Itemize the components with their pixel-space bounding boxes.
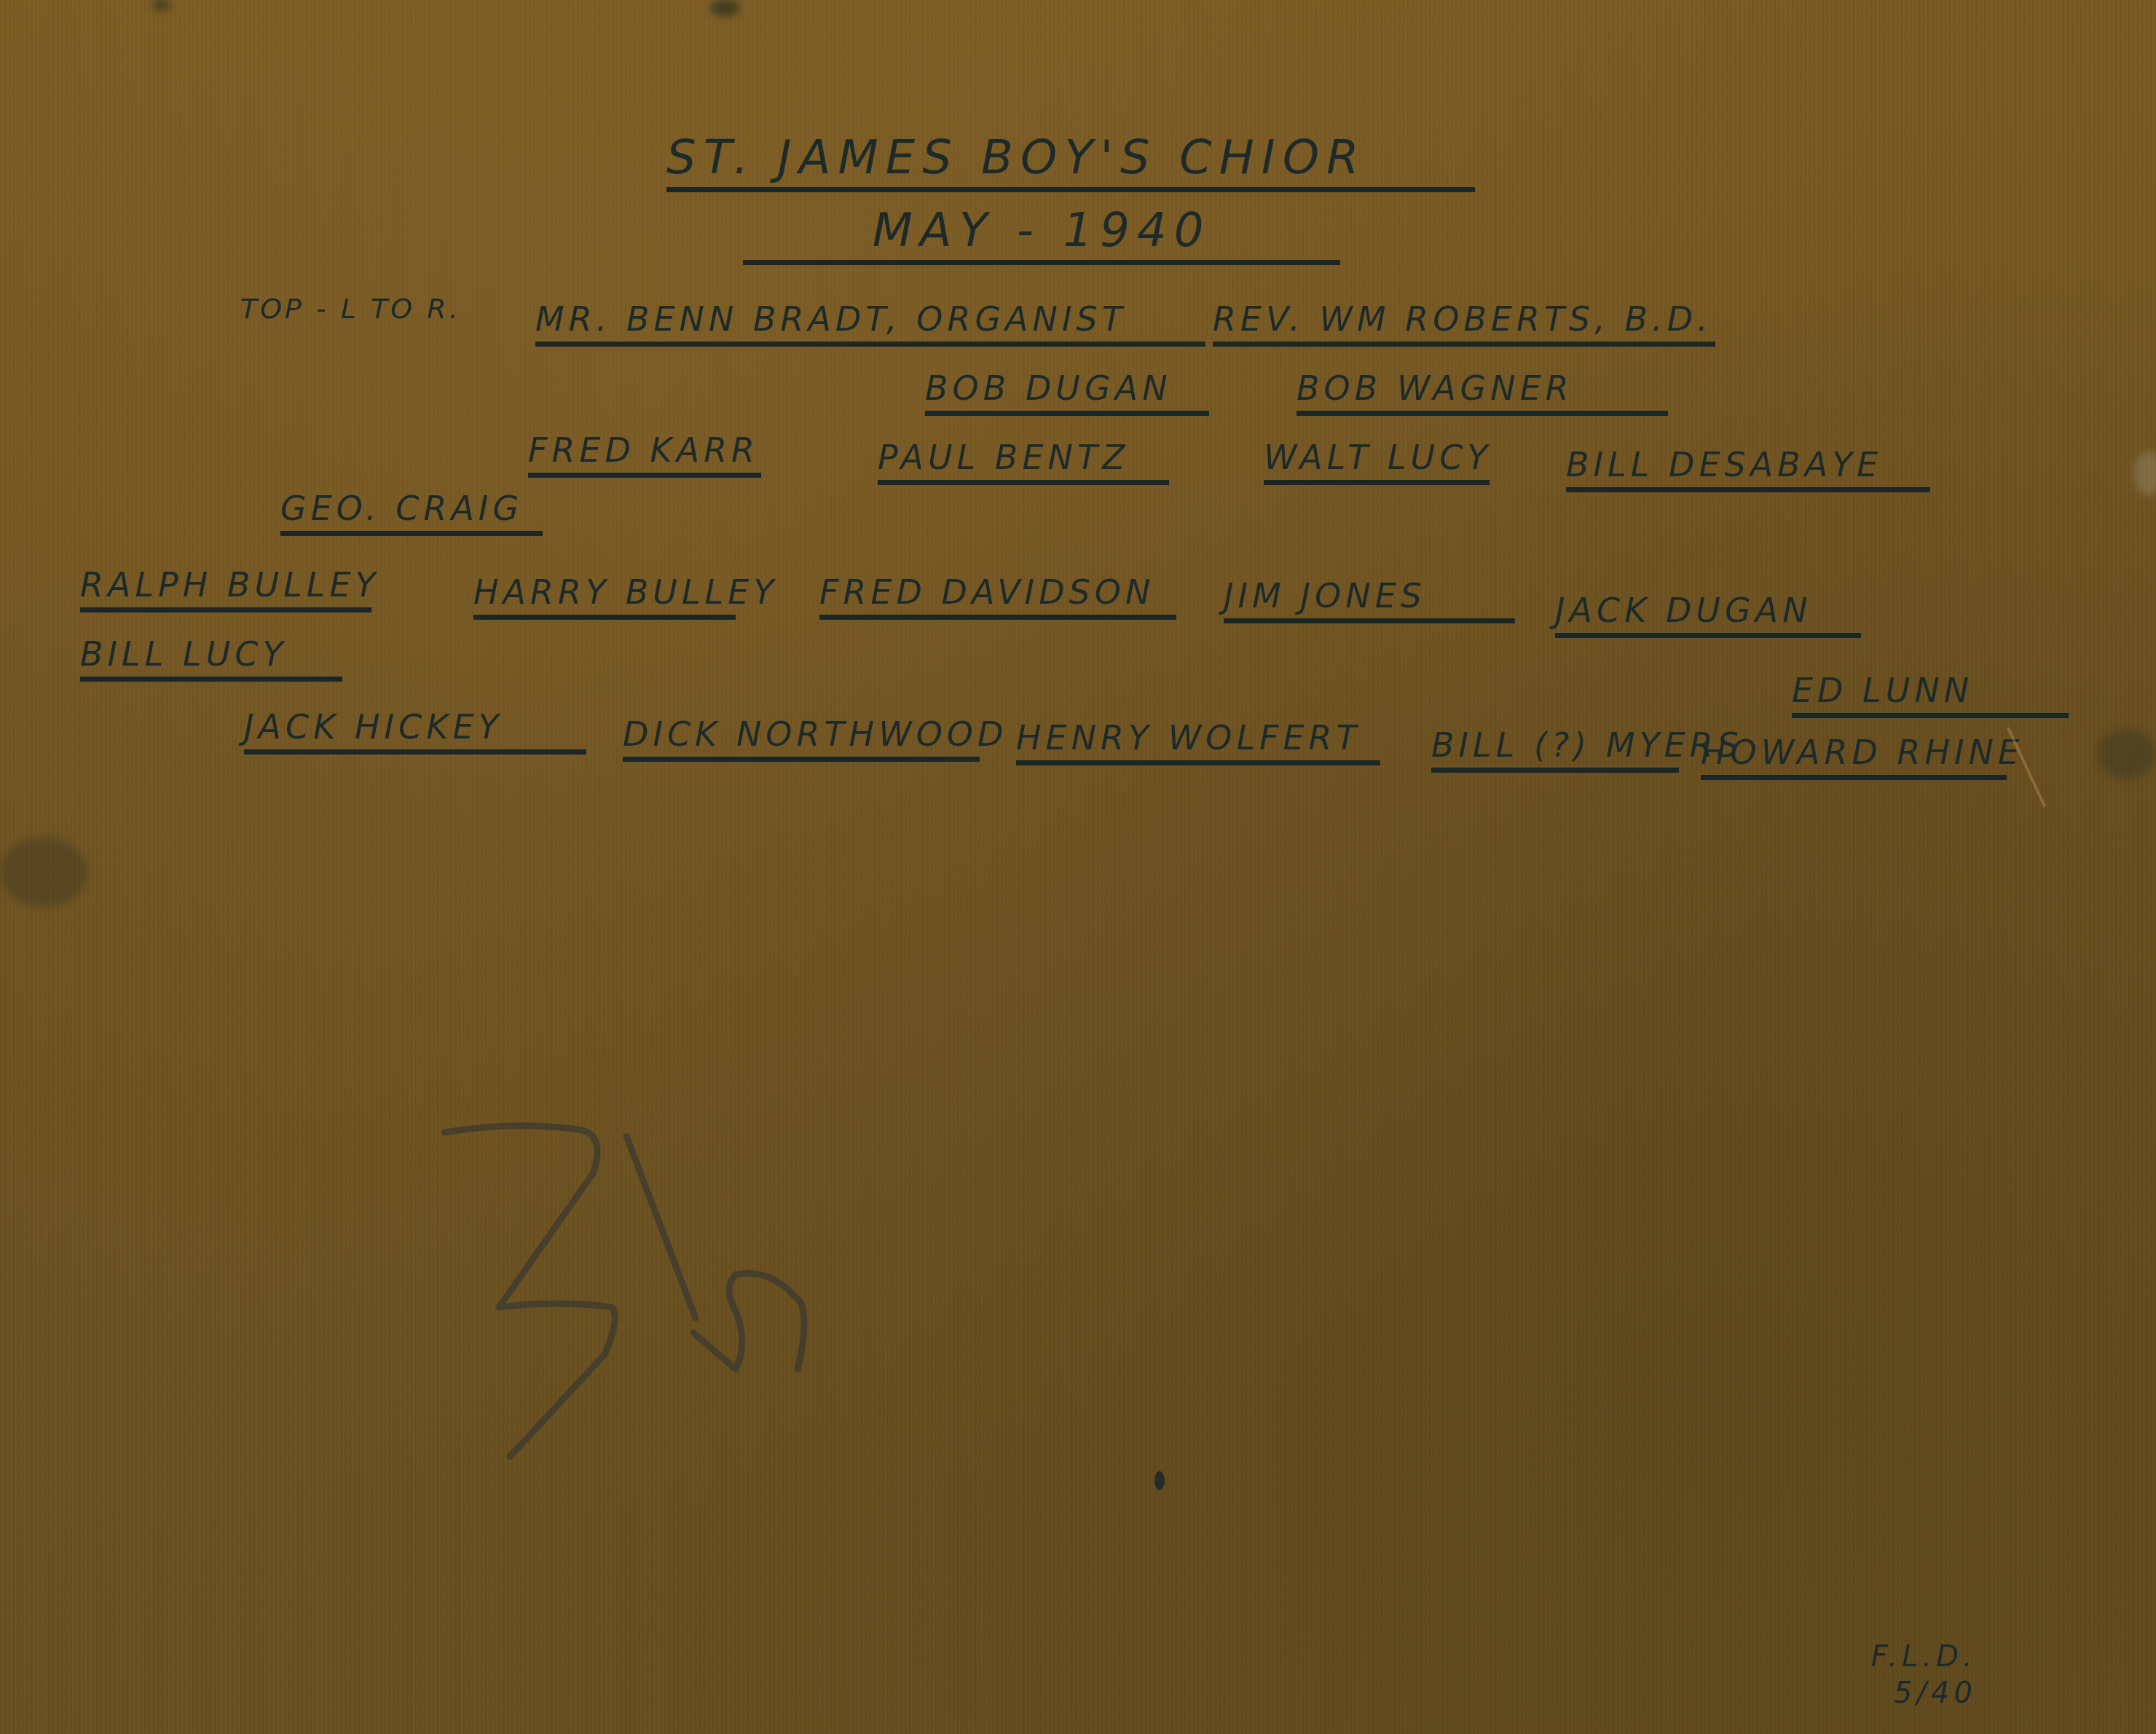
photo-mount-back: St. James Boy's Chior May - 1940 Top - L… [0, 0, 2156, 1734]
ink-dot [1154, 1471, 1165, 1490]
stain-top-center [710, 0, 739, 16]
document-title: St. James Boy's Chior [666, 135, 1475, 192]
document-date: May - 1940 [743, 208, 1340, 265]
name-howard-rhine: Howard Rhine [1701, 736, 2007, 780]
initials-text: F.L.D. [1865, 1639, 1977, 1675]
name-geo-craig: Geo. Craig [280, 492, 543, 536]
initials-date: 5/40 [1865, 1675, 1977, 1711]
name-jim-jones: Jim Jones [1224, 579, 1515, 623]
name-dick-northwood: Dick Northwood [623, 717, 980, 762]
name-fred-davidson: Fred Davidson [819, 575, 1176, 620]
stain-right-upper [2134, 452, 2156, 495]
name-harry-bulley: Harry Bulley [473, 575, 736, 620]
name-ralph-bulley: Ralph Bulley [80, 568, 371, 612]
name-paul-bentz: Paul Bentz [878, 441, 1169, 485]
pencil-mark-three-half: 3½ [430, 1092, 1231, 1500]
name-jack-hickey: Jack Hickey [244, 710, 586, 754]
initials-block: F.L.D. 5/40 [1865, 1639, 1977, 1711]
stain-top-left [153, 0, 170, 10]
name-fred-karr: Fred Karr [528, 433, 761, 478]
name-bill-myers: Bill (?) Myers [1431, 728, 1679, 773]
name-bob-wagner: Bob Wagner [1297, 371, 1668, 416]
name-jack-dugan: Jack Dugan [1555, 594, 1861, 638]
name-henry-wolfert: Henry Wolfert [1016, 721, 1380, 765]
name-benn-bradt: Mr. Benn Bradt, Organist [535, 302, 1205, 347]
stain-right-edge [2098, 728, 2156, 779]
stain-left-edge [0, 838, 87, 907]
name-bill-lucy: Bill Lucy [80, 637, 342, 682]
caption-prefix: Top - L to R. [240, 295, 461, 323]
name-ed-lunn: Ed Lunn [1792, 674, 2069, 718]
name-wm-roberts: Rev. Wm Roberts, B.D. [1213, 302, 1715, 347]
name-walt-lucy: Walt Lucy [1264, 441, 1490, 485]
pencil-numeral-icon [430, 1092, 1231, 1500]
name-bob-dugan: Bob Dugan [925, 371, 1209, 416]
name-bill-desabaye: Bill Desabaye [1566, 448, 1930, 492]
